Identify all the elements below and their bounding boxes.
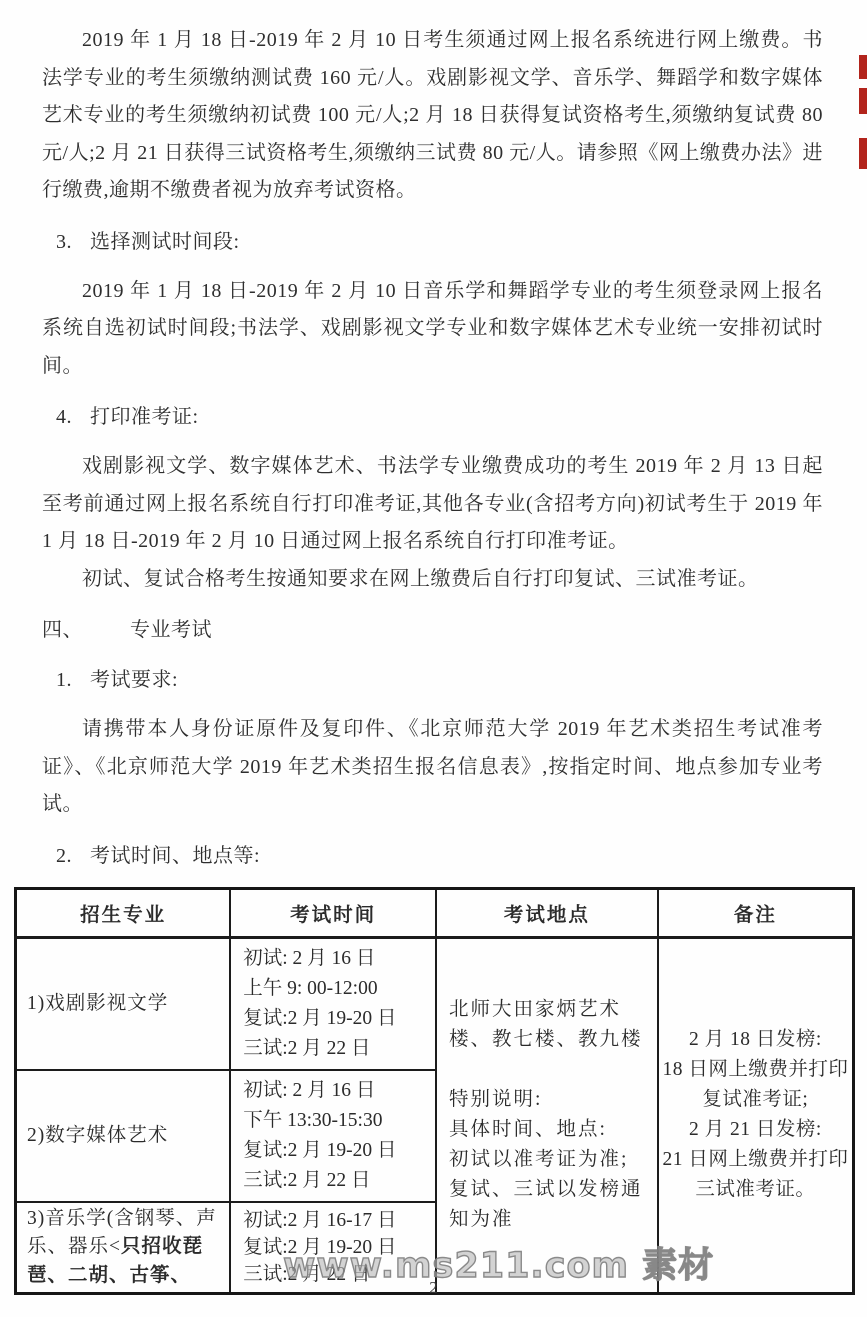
- heading-item-4-title: 打印准考证:: [90, 406, 199, 428]
- heading-section-4-title: 专业考试: [130, 619, 212, 641]
- cell-major-drama: 1)戏剧影视文学: [16, 937, 231, 1070]
- red-edge-mark-1: [859, 55, 867, 79]
- heading-item-2: 2.考试时间、地点等:: [56, 837, 823, 875]
- cell-time-drama: 初试: 2 月 16 日上午 9: 00-12:00复试:2 月 19-20 日…: [230, 937, 436, 1070]
- table-row-drama: 1)戏剧影视文学 初试: 2 月 16 日上午 9: 00-12:00复试:2 …: [16, 937, 854, 1070]
- exam-schedule-table: 招生专业 考试时间 考试地点 备注 1)戏剧影视文学 初试: 2 月 16 日上…: [14, 887, 855, 1296]
- col-header-remark: 备注: [658, 888, 854, 937]
- cell-time-digital-media: 初试: 2 月 16 日下午 13:30-15:30复试:2 月 19-20 日…: [230, 1070, 436, 1202]
- heading-item-1-number: 1.: [56, 661, 90, 699]
- paragraph-test-timeslot: 2019 年 1 月 18 日-2019 年 2 月 10 日音乐学和舞蹈学专业…: [42, 273, 823, 386]
- paragraph-print-ticket-2: 初试、复试合格考生按通知要求在网上缴费后自行打印复试、三试准考证。: [42, 561, 823, 599]
- heading-item-3: 3.选择测试时间段:: [56, 223, 823, 261]
- col-header-major: 招生专业: [16, 888, 231, 937]
- paragraph-online-payment: 2019 年 1 月 18 日-2019 年 2 月 10 日考生须通过网上报名…: [42, 22, 823, 210]
- col-header-time: 考试时间: [230, 888, 436, 937]
- table-header-row: 招生专业 考试时间 考试地点 备注: [16, 888, 854, 937]
- cell-major-digital-media: 2)数字媒体艺术: [16, 1070, 231, 1202]
- heading-item-3-number: 3.: [56, 223, 90, 261]
- heading-item-4-number: 4.: [56, 398, 90, 436]
- red-edge-mark-2: [859, 88, 867, 114]
- heading-item-2-number: 2.: [56, 837, 90, 875]
- heading-item-1: 1.考试要求:: [56, 661, 823, 699]
- document-body: 2019 年 1 月 18 日-2019 年 2 月 10 日考生须通过网上报名…: [0, 0, 867, 875]
- watermark: www.ms211.com 素材: [283, 1238, 714, 1288]
- heading-section-4: 四、专业考试: [42, 611, 823, 649]
- heading-item-4: 4.打印准考证:: [56, 398, 823, 436]
- exam-schedule-table-wrap: 招生专业 考试时间 考试地点 备注 1)戏剧影视文学 初试: 2 月 16 日上…: [0, 887, 867, 1296]
- document-page: 2019 年 1 月 18 日-2019 年 2 月 10 日考生须通过网上报名…: [0, 0, 867, 1317]
- paragraph-exam-requirements: 请携带本人身份证原件及复印件、《北京师范大学 2019 年艺术类招生考试准考证》…: [42, 711, 823, 824]
- heading-section-4-number: 四、: [42, 611, 130, 649]
- heading-item-2-title: 考试时间、地点等:: [90, 845, 260, 867]
- red-edge-mark-3: [859, 138, 867, 169]
- heading-item-1-title: 考试要求:: [90, 669, 178, 691]
- heading-item-3-title: 选择测试时间段:: [90, 231, 240, 253]
- paragraph-print-ticket-1: 戏剧影视文学、数字媒体艺术、书法学专业缴费成功的考生 2019 年 2 月 13…: [42, 448, 823, 561]
- col-header-location: 考试地点: [436, 888, 658, 937]
